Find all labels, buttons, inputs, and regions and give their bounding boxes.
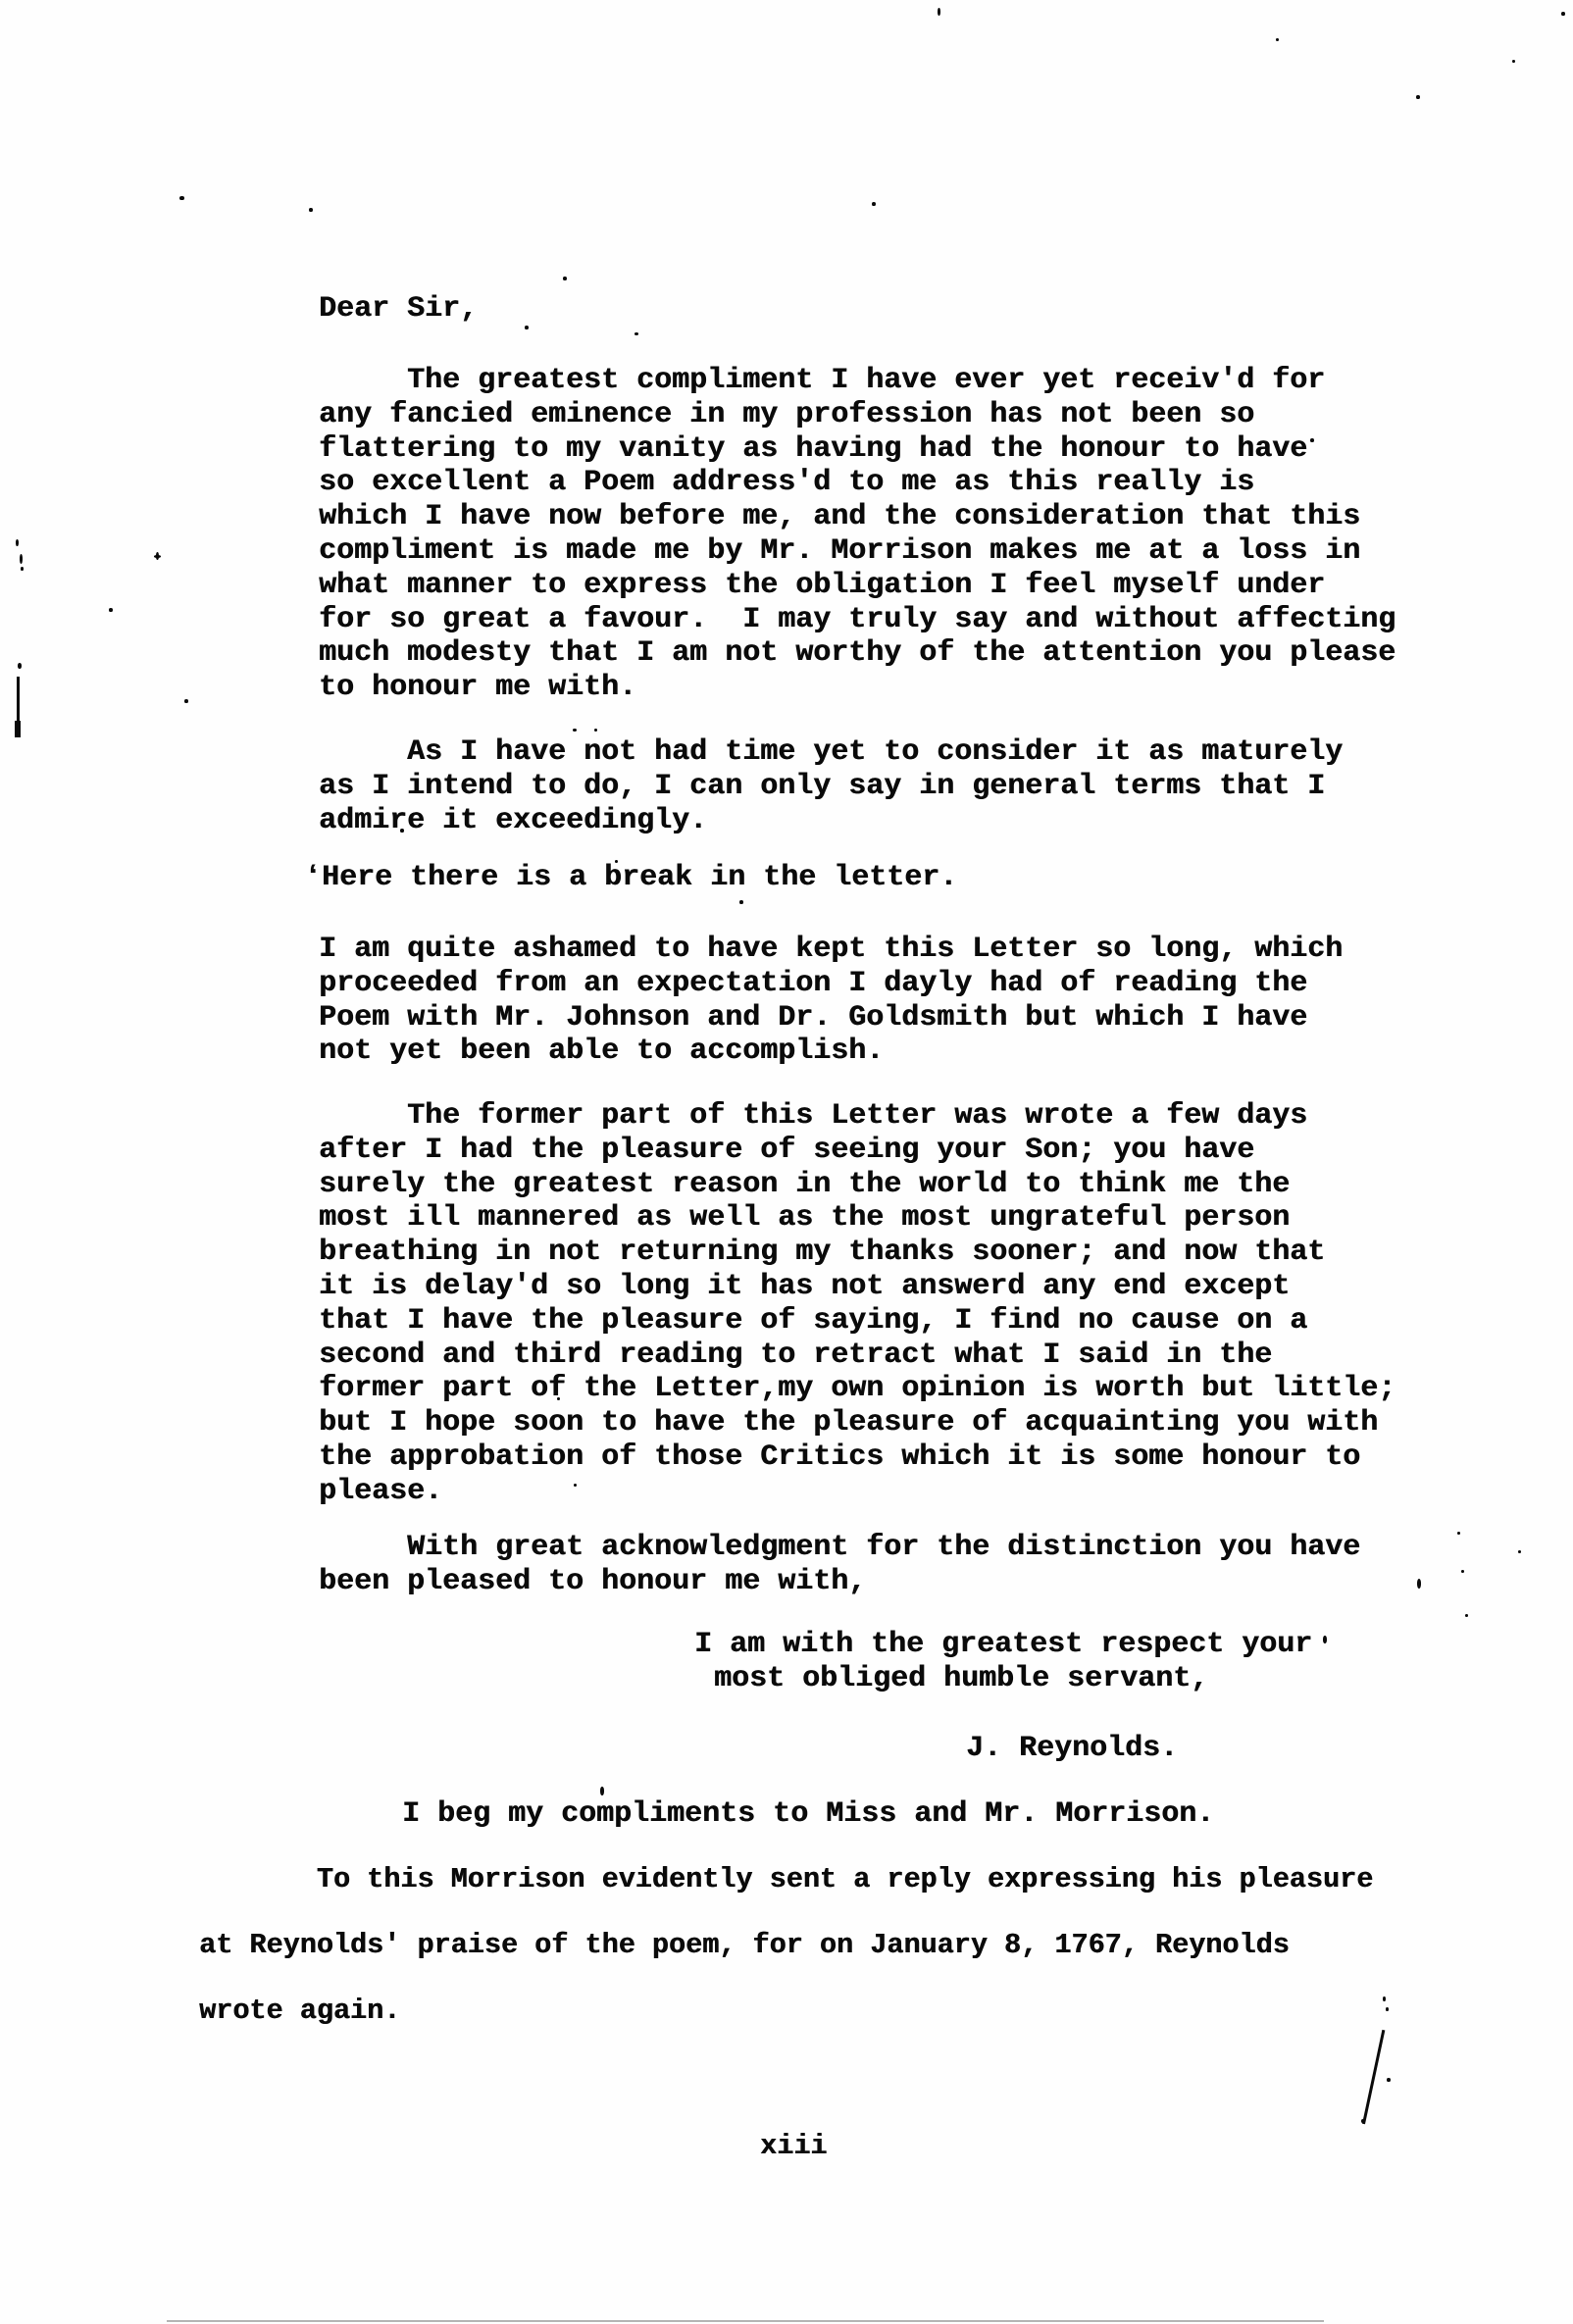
paragraph-3-line-1: I am quite ashamed to have kept this Let… — [319, 935, 1343, 964]
scan-speck — [16, 539, 19, 546]
scan-speck — [600, 1787, 604, 1795]
scan-speck — [574, 1484, 577, 1487]
scan-speck — [1512, 60, 1515, 63]
paragraph-1-line-7: what manner to express the obligation I … — [319, 571, 1325, 600]
scan-speck — [20, 554, 23, 564]
paragraph-4-line-10: but I hope soon to have the pleasure of … — [319, 1408, 1378, 1438]
break-note-line-1: ʻHere there is a break in the letter. — [304, 863, 957, 892]
scan-speck — [557, 1397, 560, 1400]
scan-speck — [1276, 38, 1279, 41]
scan-speck — [563, 277, 567, 280]
paragraph-1-line-2: any fancied eminence in my profession ha… — [319, 400, 1254, 429]
paragraph-1-line-5: which I have now before me, and the cons… — [319, 502, 1360, 531]
paragraph-4-line-3: surely the greatest reason in the world … — [319, 1170, 1290, 1199]
paragraph-1-line-4: so excellent a Poem address'd to me as t… — [319, 468, 1254, 497]
scan-speck — [1383, 1996, 1386, 2001]
page-number: xiii — [760, 2130, 827, 2162]
scan-speck — [1417, 1579, 1421, 1589]
paragraph-1-line-1: The greatest compliment I have ever yet … — [319, 366, 1325, 395]
salutation-line-1: Dear Sir, — [319, 294, 478, 324]
paragraph-5-line-2: been pleased to honour me with, — [319, 1567, 866, 1596]
paragraph-3-line-2: proceeded from an expectation I dayly ha… — [319, 969, 1307, 998]
paragraph-4-line-6: it is delay'd so long it has not answerd… — [319, 1272, 1290, 1301]
paragraph-1-line-9: much modesty that I am not worthy of the… — [319, 638, 1395, 668]
paragraph-4-line-1: The former part of this Letter was wrote… — [319, 1101, 1307, 1131]
scan-speck — [156, 552, 159, 560]
editorial-note-line-2: at Reynolds' praise of the poem, for on … — [199, 1932, 1290, 1960]
editorial-note-line-1: To this Morrison evidently sent a reply … — [199, 1866, 1373, 1895]
paragraph-2-line-3: admire it exceedingly. — [319, 806, 707, 835]
postscript-line-1: I beg my compliments to Miss and Mr. Mor… — [402, 1799, 1214, 1829]
letter-page: Dear Sir, The greatest compliment I have… — [0, 0, 1573, 2324]
scan-speck — [1310, 438, 1314, 442]
paragraph-4-line-7: that I have the pleasure of saying, I fi… — [319, 1306, 1307, 1336]
paragraph-1-line-8: for so great a favour. I may truly say a… — [319, 605, 1395, 634]
paragraph-4-line-12: please. — [319, 1477, 442, 1506]
scan-speck — [615, 860, 618, 863]
closing-line-1-line-1: I am with the greatest respect your — [694, 1630, 1312, 1659]
scan-speck — [1465, 1614, 1468, 1617]
scan-speck — [109, 608, 113, 612]
editorial-note-line-3: wrote again. — [199, 1997, 400, 2026]
scan-speck — [1457, 1532, 1460, 1535]
paragraph-2-line-1: As I have not had time yet to consider i… — [319, 737, 1343, 767]
scan-speck — [594, 729, 597, 732]
scan-speck — [1561, 12, 1565, 16]
paragraph-4-line-4: most ill mannered as well as the most un… — [319, 1203, 1290, 1233]
scan-speck — [573, 729, 577, 732]
scan-speck — [1386, 2007, 1389, 2011]
paragraph-2-line-2: as I intend to do, I can only say in gen… — [319, 772, 1325, 801]
paragraph-4-line-2: after I had the pleasure of seeing your … — [319, 1136, 1254, 1165]
scan-speck — [1461, 1570, 1464, 1573]
paragraph-3-line-3: Poem with Mr. Johnson and Dr. Goldsmith … — [319, 1003, 1307, 1033]
scan-speck — [1323, 1636, 1327, 1643]
scan-speck — [872, 202, 876, 206]
closing-line-2-line-1: most obliged humble servant, — [714, 1664, 1208, 1693]
scan-stray-stroke — [15, 721, 21, 737]
scan-speck — [634, 332, 638, 335]
scan-stray-stroke — [167, 2320, 1324, 2322]
scan-speck — [400, 829, 404, 833]
scan-speck — [1518, 1550, 1521, 1553]
paragraph-4-line-11: the approbation of those Critics which i… — [319, 1442, 1360, 1472]
paragraph-4-line-5: breathing in not returning my thanks soo… — [319, 1238, 1325, 1267]
scan-speck — [1416, 95, 1420, 99]
paragraph-1-line-10: to honour me with. — [319, 673, 636, 702]
paragraph-4-line-8: second and third reading to retract what… — [319, 1340, 1272, 1370]
scan-speck — [21, 567, 24, 571]
paragraph-1-line-3: flattering to my vanity as having had th… — [319, 434, 1307, 464]
paragraph-5-line-1: With great acknowledgment for the distin… — [319, 1533, 1360, 1562]
scan-stray-stroke — [1362, 2030, 1385, 2124]
scan-speck — [184, 699, 188, 703]
paragraph-4-line-9: former part of the Letter,my own opinion… — [319, 1374, 1395, 1403]
paragraph-3-line-4: not yet been able to accomplish. — [319, 1036, 884, 1066]
scan-speck — [1387, 2078, 1391, 2082]
scan-speck — [739, 900, 743, 904]
signature-line-1: J. Reynolds. — [966, 1734, 1178, 1763]
scan-speck — [179, 196, 184, 200]
paragraph-1-line-6: compliment is made me by Mr. Morrison ma… — [319, 536, 1360, 566]
scan-speck — [938, 8, 940, 16]
scan-speck — [309, 208, 313, 212]
scan-speck — [525, 326, 529, 329]
scan-speck — [18, 663, 22, 669]
